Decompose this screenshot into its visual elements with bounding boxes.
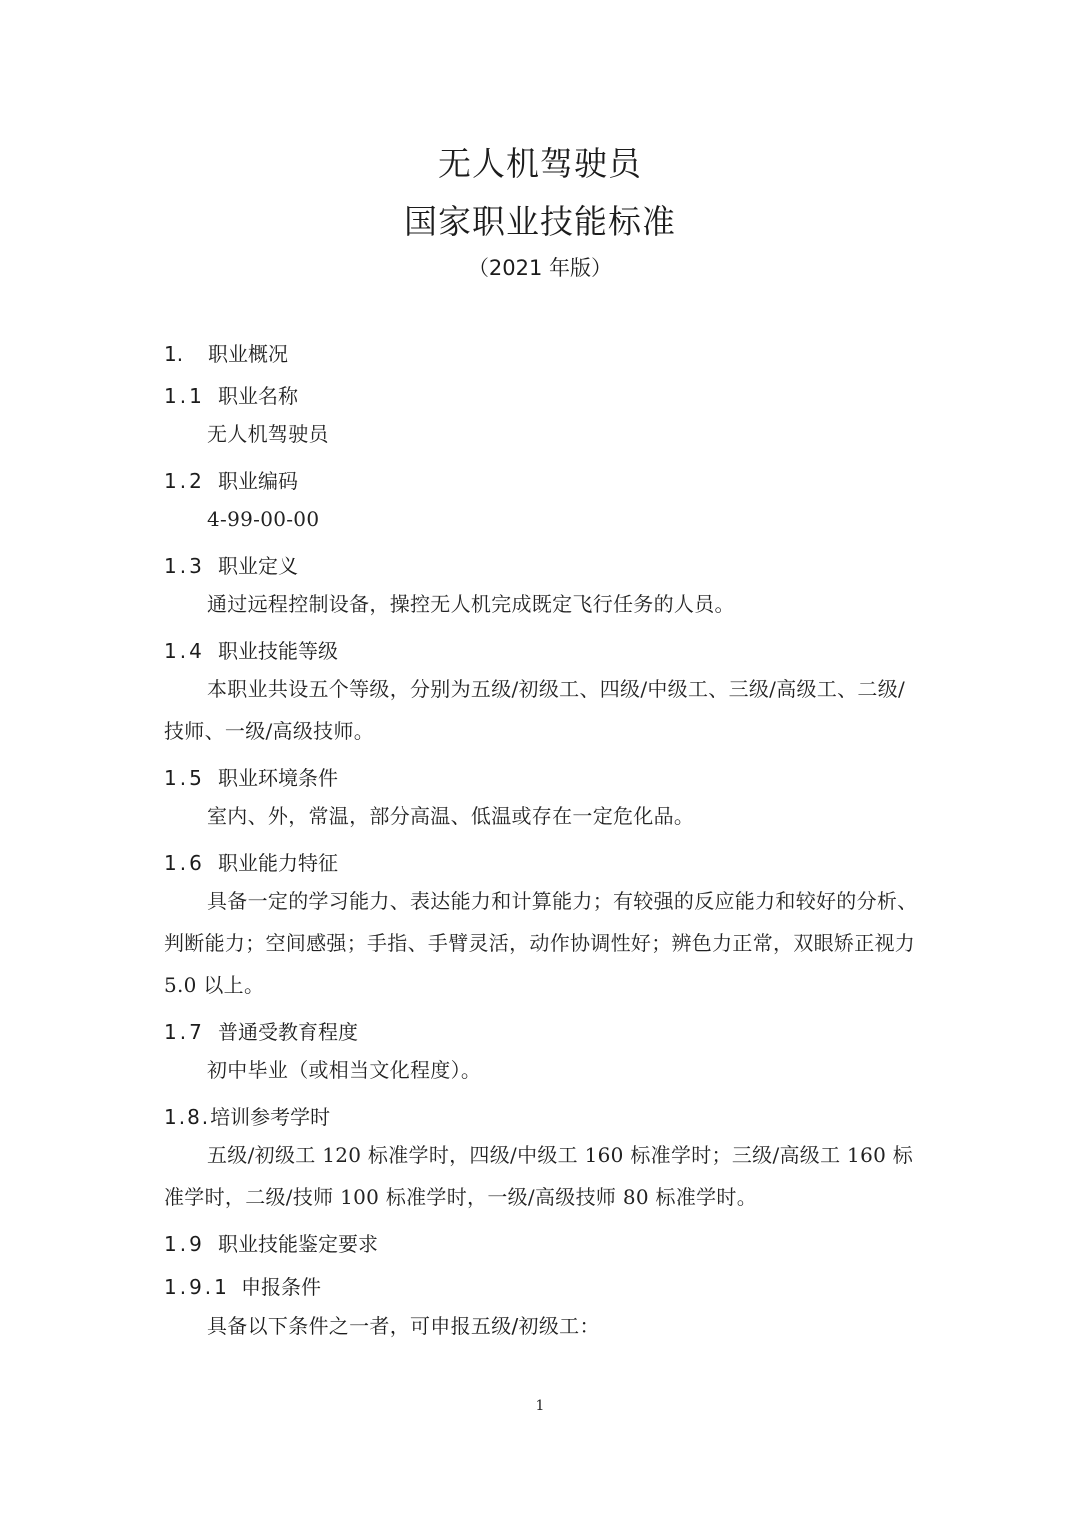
section-body-1-7: 初中毕业（或相当文化程度）。 [164, 1049, 924, 1091]
section-body-1-5: 室内、外，常温，部分高温、低温或存在一定危化品。 [164, 795, 924, 837]
section-body-1-1: 无人机驾驶员 [164, 413, 924, 455]
section-heading-1-7: 1.7普通受教育程度 [164, 1016, 358, 1045]
document-title: 无人机驾驶员 [0, 138, 1080, 185]
section-heading-1: 1.职业概况 [164, 338, 288, 367]
section-body-1-4: 本职业共设五个等级，分别为五级/初级工、四级/中级工、三级/高级工、二级/技师、… [164, 668, 924, 752]
section-heading-1-4: 1.4职业技能等级 [164, 635, 338, 664]
section-body-1-2: 4-99-00-00 [164, 498, 924, 540]
section-body-1-8: 五级/初级工 120 标准学时，四级/中级工 160 标准学时；三级/高级工 1… [164, 1134, 924, 1218]
section-heading-1-3: 1.3职业定义 [164, 550, 298, 579]
section-body-1-9-1: 具备以下条件之一者，可申报五级/初级工： [164, 1305, 924, 1347]
section-heading-1-8: 1.8.培训参考学时 [164, 1101, 330, 1130]
document-subtitle: 国家职业技能标准 [0, 196, 1080, 243]
page-number: 1 [0, 1398, 1080, 1414]
section-heading-1-9-1: 1.9.1申报条件 [164, 1271, 321, 1300]
section-heading-1-5: 1.5职业环境条件 [164, 762, 338, 791]
document-edition: （2021 年版） [0, 252, 1080, 282]
section-heading-1-2: 1.2职业编码 [164, 465, 298, 494]
section-body-1-3: 通过远程控制设备，操控无人机完成既定飞行任务的人员。 [164, 583, 924, 625]
section-body-1-6: 具备一定的学习能力、表达能力和计算能力；有较强的反应能力和较好的分析、判断能力；… [164, 880, 924, 1006]
section-heading-1-9: 1.9职业技能鉴定要求 [164, 1228, 378, 1257]
section-heading-1-6: 1.6职业能力特征 [164, 847, 338, 876]
section-heading-1-1: 1.1职业名称 [164, 380, 298, 409]
